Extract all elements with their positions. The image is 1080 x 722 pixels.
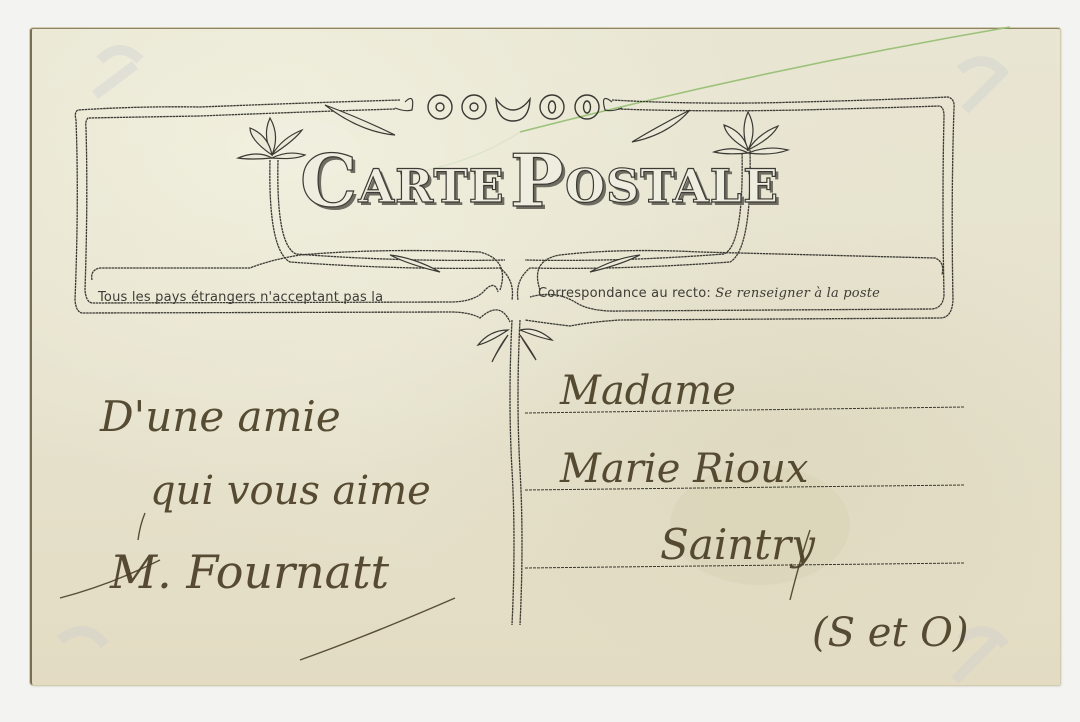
card-title: CARTE POSTALE [300, 138, 740, 238]
title-word-carte: ARTE [358, 159, 504, 213]
notice-right: Correspondance au recto: Se renseigner à… [538, 286, 880, 301]
leaf-center-icon [478, 329, 552, 362]
title-word-postale: OSTALE [565, 159, 779, 213]
ornament-rings [428, 95, 599, 121]
title-initial-p: P [510, 138, 565, 223]
notice-right-italic: Se renseigner à la poste [715, 286, 880, 301]
crescent-icon [496, 99, 530, 121]
message-line-1: D'une amie [100, 392, 341, 441]
message-signature: M. Fournatt [110, 545, 389, 599]
address-line-4: (S et O) [812, 610, 969, 656]
notice-left: Tous les pays étrangers n'acceptant pas … [98, 290, 383, 305]
address-line-1: Madame [560, 368, 736, 414]
title-initial-c: C [300, 138, 358, 223]
message-line-2: qui vous aime [150, 468, 431, 514]
notice-right-upright: Correspondance au recto: [538, 286, 711, 301]
address-line-2: Marie Rioux [560, 446, 808, 492]
address-line-3: Saintry [660, 520, 815, 569]
